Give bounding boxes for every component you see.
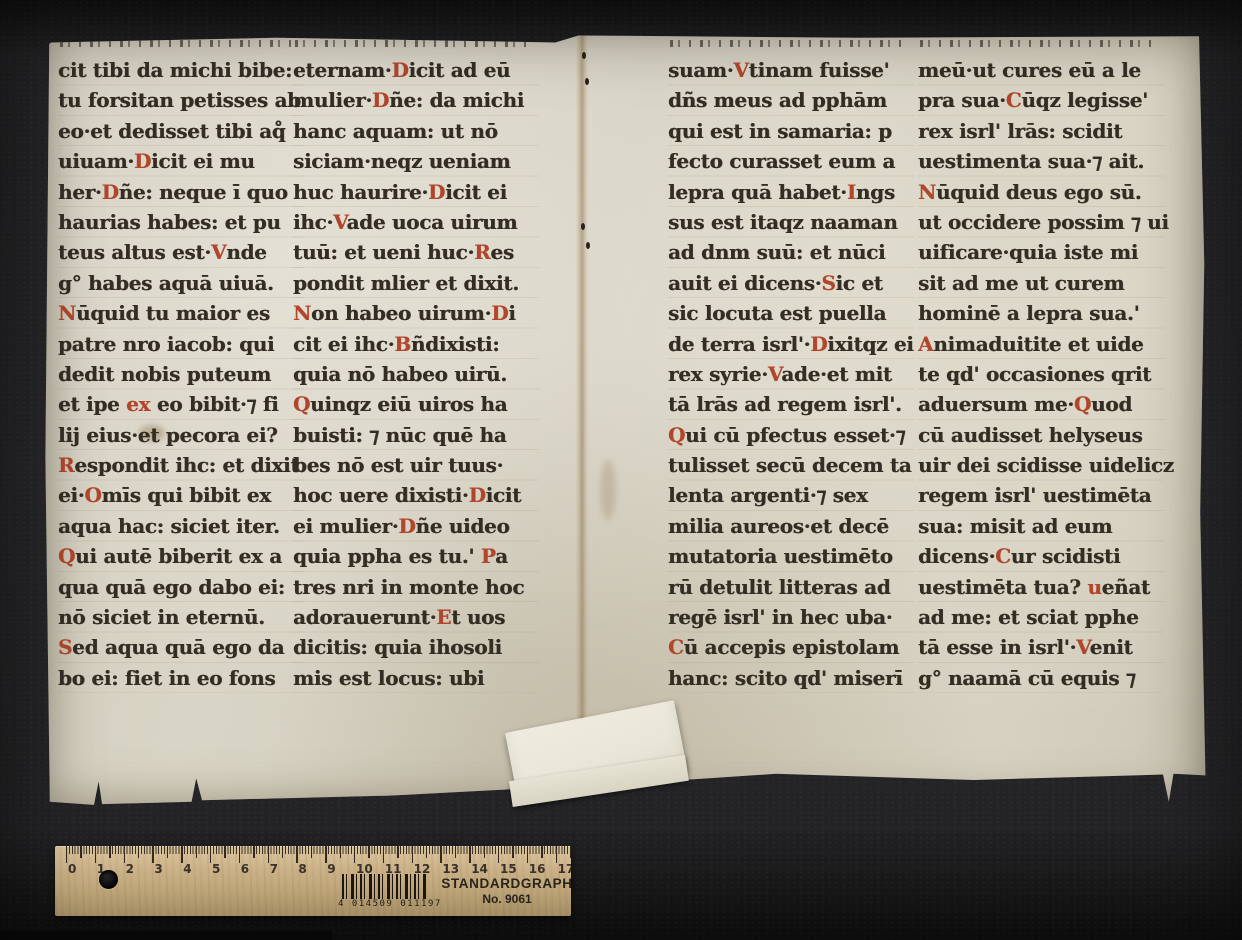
stitch-hole	[586, 242, 590, 249]
manuscript-line: hoc uere dixisti·Dicit	[293, 480, 539, 510]
ruler-cm-number: 7	[270, 862, 278, 876]
ruler-cm-tick	[181, 846, 182, 863]
ruler-cm-tick	[383, 846, 384, 863]
manuscript-line: sit ad me ut curem	[918, 268, 1164, 298]
manuscript-line: cū audisset helyseus	[918, 420, 1164, 450]
stitch-hole	[581, 223, 585, 230]
rubricated-letter: Q	[293, 392, 310, 416]
manuscript-line: eo·et dedisset tibi aq̊	[58, 116, 304, 146]
ruler-cm-tick	[124, 846, 125, 863]
ruler-halfcm-tick	[311, 846, 312, 858]
ruler-cm-number: 15	[500, 862, 517, 876]
manuscript-line: Cū accepis epistolam	[668, 632, 914, 662]
cropped-top-line	[920, 40, 1158, 47]
ruler-cm-tick	[95, 846, 96, 863]
ruler-cm-tick	[412, 846, 413, 863]
manuscript-line: siciam·neqz ueniam	[293, 146, 539, 176]
manuscript-line: dñs meus ad pphām	[668, 85, 914, 115]
manuscript-line: ei mulier·Dñe uideo	[293, 511, 539, 541]
ruler-brand-block: STANDARDGRAPH No. 9061	[427, 876, 571, 907]
manuscript-line: ei·Omīs qui bibit ex	[58, 480, 304, 510]
manuscript-line: ad me: et sciat pphe	[918, 602, 1164, 632]
manuscript-line: hanc aquam: ut nō	[293, 116, 539, 146]
manuscript-line: qui est in samaria: p	[668, 116, 914, 146]
rubricated-letter: Q	[58, 544, 75, 568]
ruler-halfcm-tick	[455, 846, 456, 858]
rubricated-letter: E	[436, 605, 451, 629]
ruler-cm-number: 3	[154, 862, 162, 876]
ruler-halfcm-tick	[512, 846, 513, 858]
manuscript-line: mulier·Dñe: da michi	[293, 85, 539, 115]
ruler-cm-tick	[296, 846, 297, 863]
ruler-model-number: No. 9061	[427, 892, 571, 907]
manuscript-line: te qd' occasiones qrit	[918, 359, 1164, 389]
rubricated-letter: R	[474, 240, 490, 264]
ruler-cm-number: 16	[529, 862, 546, 876]
ruler-cm-number: 5	[212, 862, 220, 876]
manuscript-line: mis est locus: ubi	[293, 663, 539, 693]
ruler-halfcm-tick	[484, 846, 485, 858]
parchment-bifolium: cit tibi da michi bibe:tu forsitan petis…	[44, 30, 1206, 808]
ruler-halfcm-tick	[253, 846, 254, 858]
manuscript-line: eternam·Dicit ad eū	[293, 55, 539, 85]
rubricated-letter: O	[84, 483, 101, 507]
manuscript-line: ad dnm suū: et nūci	[668, 237, 914, 267]
manuscript-line: bo ei: fiet in eo fons	[58, 663, 304, 693]
manuscript-line: aqua hac: siciet iter.	[58, 511, 304, 541]
rubricated-letter: D	[102, 180, 119, 204]
ruler-cm-tick	[354, 846, 355, 863]
manuscript-line: bes nō est uir tuus·	[293, 450, 539, 480]
manuscript-line: buisti: ⁊ nūc quē ha	[293, 420, 539, 450]
ruler-cm-tick	[66, 846, 67, 863]
manuscript-line: sua: misit ad eum	[918, 511, 1164, 541]
rubricated-letter: D	[428, 180, 445, 204]
manuscript-line: dicitis: quia ihosoli	[293, 632, 539, 662]
manuscript-line: pra sua·Cūqz legisse'	[918, 85, 1164, 115]
ruler-halfcm-tick	[138, 846, 139, 858]
ruler-cm-number: 13	[442, 862, 459, 876]
ruler-hanging-hole	[99, 870, 118, 889]
ruler-brand-name: STANDARDGRAPH	[427, 876, 571, 892]
manuscript-line: auit ei dicens·Sic et	[668, 268, 914, 298]
ruler-cm-number: 0	[68, 862, 76, 876]
manuscript-line: Nūquid tu maior es	[58, 298, 304, 328]
photo-of-manuscript: { "manuscript": { "columns": [ { "lines"…	[0, 0, 1242, 940]
rubricated-letter: V	[1076, 635, 1089, 659]
rubricated-letter: S	[821, 271, 835, 295]
ruler-cm-tick	[527, 846, 528, 863]
manuscript-line: milia aureos·et decē	[668, 511, 914, 541]
rubricated-letter: V	[211, 240, 226, 264]
text-column-1: cit tibi da michi bibe:tu forsitan petis…	[58, 40, 304, 693]
rubricated-letter: ex	[126, 392, 150, 416]
wooden-ruler: 01234567891011121314151617 4 014509 0111…	[55, 846, 571, 916]
ruler-cm-tick	[239, 846, 240, 863]
rubricated-letter: A	[918, 332, 933, 356]
rubricated-letter: V	[733, 58, 748, 82]
ruler-cm-tick	[440, 846, 441, 863]
rubricated-letter: Q	[668, 423, 685, 447]
barcode-bars	[342, 874, 426, 899]
manuscript-line: sic locuta est puella	[668, 298, 914, 328]
manuscript-line: adorauerunt·Et uos	[293, 602, 539, 632]
text-column-2: eternam·Dicit ad eūmulier·Dñe: da michih…	[293, 40, 539, 693]
ruler-halfcm-tick	[426, 846, 427, 858]
manuscript-line: g° naamā cū equis ⁊	[918, 663, 1164, 693]
manuscript-line: uiuam·Dicit ei mu	[58, 146, 304, 176]
ruler-cm-number: 2	[126, 862, 134, 876]
manuscript-line: quia nō habeo uirū.	[293, 359, 539, 389]
rubricated-letter: D	[810, 332, 827, 356]
ruler-halfcm-tick	[80, 846, 81, 858]
manuscript-line: quia ppha es tu.' Pa	[293, 541, 539, 571]
manuscript-line: rex isrl' lrās: scidit	[918, 116, 1164, 146]
manuscript-line: lij eius·et pecora ei?	[58, 420, 304, 450]
manuscript-line: tuū: et ueni huc·Res	[293, 237, 539, 267]
text-column-3: suam·Vtinam fuisse'dñs meus ad pphāmqui …	[668, 40, 914, 693]
rubricated-letter: N	[918, 180, 936, 204]
manuscript-line: qua quā ego dabo ei:	[58, 572, 304, 602]
rubricated-letter: D	[134, 149, 151, 173]
manuscript-line: mutatoria uestimēto	[668, 541, 914, 571]
parchment-stain	[600, 460, 616, 520]
manuscript-line: sus est itaqz naaman	[668, 207, 914, 237]
ruler-halfcm-tick	[340, 846, 341, 858]
manuscript-line: Sed aqua quā ego da	[58, 632, 304, 662]
rubricated-letter: C	[995, 544, 1011, 568]
center-fold-seam	[576, 30, 588, 808]
manuscript-line: pondit mlier et dixit.	[293, 268, 539, 298]
ruler-barcode: 4 014509 011197	[338, 874, 430, 910]
manuscript-line: patre nro iacob: qui	[58, 329, 304, 359]
manuscript-line: de terra isrl'·Dixitqz ei	[668, 329, 914, 359]
manuscript-line: fecto curasset eum a	[668, 146, 914, 176]
rubricated-letter: V	[333, 210, 346, 234]
manuscript-line: ihc·Vade uoca uirum	[293, 207, 539, 237]
manuscript-line: haurias habes: et pu	[58, 207, 304, 237]
ruler-halfcm-tick	[167, 846, 168, 858]
rubricated-letter: C	[1006, 88, 1022, 112]
manuscript-line: Qui cū pfectus esset·⁊	[668, 420, 914, 450]
ruler-halfcm-tick	[368, 846, 369, 858]
manuscript-line: uestimenta sua·⁊ ait.	[918, 146, 1164, 176]
cropped-top-line	[295, 40, 533, 47]
manuscript-line: Quinqz eiū uiros ha	[293, 389, 539, 419]
manuscript-line: tu forsitan petisses ab	[58, 85, 304, 115]
manuscript-line: suam·Vtinam fuisse'	[668, 55, 914, 85]
rubricated-letter: S	[58, 635, 72, 659]
manuscript-line: Respondit ihc: et dixit	[58, 450, 304, 480]
ruler-cm-number: 17	[558, 862, 571, 876]
ruler-cm-number: 8	[298, 862, 306, 876]
manuscript-line: aduersum me·Quod	[918, 389, 1164, 419]
rubricated-letter: N	[58, 301, 76, 325]
rubricated-letter: D	[491, 301, 508, 325]
ruler-cm-number: 9	[327, 862, 335, 876]
table-edge-shadow	[0, 931, 332, 940]
manuscript-line: huc haurire·Dicit ei	[293, 177, 539, 207]
manuscript-line: tulisset secū decem ta	[668, 450, 914, 480]
manuscript-line: lenta argenti·⁊ sex	[668, 480, 914, 510]
manuscript-line: g° habes aquā uiuā.	[58, 268, 304, 298]
ruler-halfcm-tick	[397, 846, 398, 858]
rubricated-letter: R	[58, 453, 74, 477]
ruler-halfcm-tick	[196, 846, 197, 858]
manuscript-line: rex syrie·Vade·et mit	[668, 359, 914, 389]
ruler-cm-tick	[556, 846, 557, 863]
cropped-top-line	[670, 40, 908, 47]
manuscript-line: teus altus est·Vnde	[58, 237, 304, 267]
ruler-cm-number: 4	[183, 862, 191, 876]
ruler-cm-tick	[268, 846, 269, 863]
manuscript-line: regem isrl' uestimēta	[918, 480, 1164, 510]
manuscript-line: lepra quā habet·Ings	[668, 177, 914, 207]
manuscript-line: Qui autē biberit ex a	[58, 541, 304, 571]
manuscript-line: Non habeo uirum·Di	[293, 298, 539, 328]
manuscript-line: tres nri in monte hoc	[293, 572, 539, 602]
ruler-cm-tick	[498, 846, 499, 863]
manuscript-line: rū detulit litteras ad	[668, 572, 914, 602]
manuscript-line: hanc: scito qd' miserī	[668, 663, 914, 693]
manuscript-line: hominē a lepra sua.'	[918, 298, 1164, 328]
ruler-cm-tick	[325, 846, 326, 863]
rubricated-letter: N	[293, 301, 311, 325]
text-column-4: meū·ut cures eū a lepra sua·Cūqz legisse…	[918, 40, 1164, 693]
rubricated-letter: Q	[1074, 392, 1091, 416]
ruler-halfcm-tick	[570, 846, 571, 858]
rubricated-letter: D	[372, 88, 389, 112]
manuscript-line: Animaduitite et uide	[918, 329, 1164, 359]
manuscript-line: dicens·Cur scidisti	[918, 541, 1164, 571]
rubricated-letter: D	[398, 514, 415, 538]
manuscript-line: et ipe ex eo bibit·⁊ fi	[58, 389, 304, 419]
rubricated-letter: C	[668, 635, 684, 659]
manuscript-line: meū·ut cures eū a le	[918, 55, 1164, 85]
rubricated-letter: P	[481, 544, 495, 568]
ruler-halfcm-tick	[109, 846, 110, 858]
manuscript-line: uestimēta tua? ueñat	[918, 572, 1164, 602]
ruler-cm-tick	[152, 846, 153, 863]
ruler-halfcm-tick	[224, 846, 225, 858]
rubricated-letter: B	[394, 332, 411, 356]
manuscript-line: cit ei ihc·Bñdixisti:	[293, 329, 539, 359]
ruler-cm-tick	[469, 846, 470, 863]
manuscript-line: nō siciet in eternū.	[58, 602, 304, 632]
manuscript-line: ut occidere possim ⁊ ui	[918, 207, 1164, 237]
manuscript-line: Nūquid deus ego sū.	[918, 177, 1164, 207]
manuscript-line: dedit nobis puteum	[58, 359, 304, 389]
ruler-millimeter-ticks	[66, 846, 571, 854]
manuscript-line: tā lrās ad regem isrl'.	[668, 389, 914, 419]
rubricated-letter: D	[469, 483, 486, 507]
manuscript-line: tā esse in isrl'·Venit	[918, 632, 1164, 662]
manuscript-line: cit tibi da michi bibe:	[58, 55, 304, 85]
stitch-hole	[585, 78, 589, 85]
ruler-halfcm-tick	[541, 846, 542, 858]
rubricated-letter: V	[768, 362, 781, 386]
rubricated-letter: u	[1087, 575, 1101, 599]
manuscript-line: uificare·quia iste mi	[918, 237, 1164, 267]
manuscript-line: uir dei scidisse uidelicz	[918, 450, 1164, 480]
rubricated-letter: D	[391, 58, 408, 82]
ruler-halfcm-tick	[282, 846, 283, 858]
manuscript-line: her·Dñe: neque ī quo	[58, 177, 304, 207]
cropped-top-line	[60, 40, 298, 47]
rubricated-letter: I	[847, 180, 856, 204]
stitch-hole	[582, 52, 586, 59]
ruler-cm-tick	[210, 846, 211, 863]
ruler-cm-number: 14	[471, 862, 488, 876]
barcode-digits: 4 014509 011197	[338, 899, 430, 909]
manuscript-line: regē isrl' in hec uba·	[668, 602, 914, 632]
ruler-cm-number: 6	[241, 862, 249, 876]
